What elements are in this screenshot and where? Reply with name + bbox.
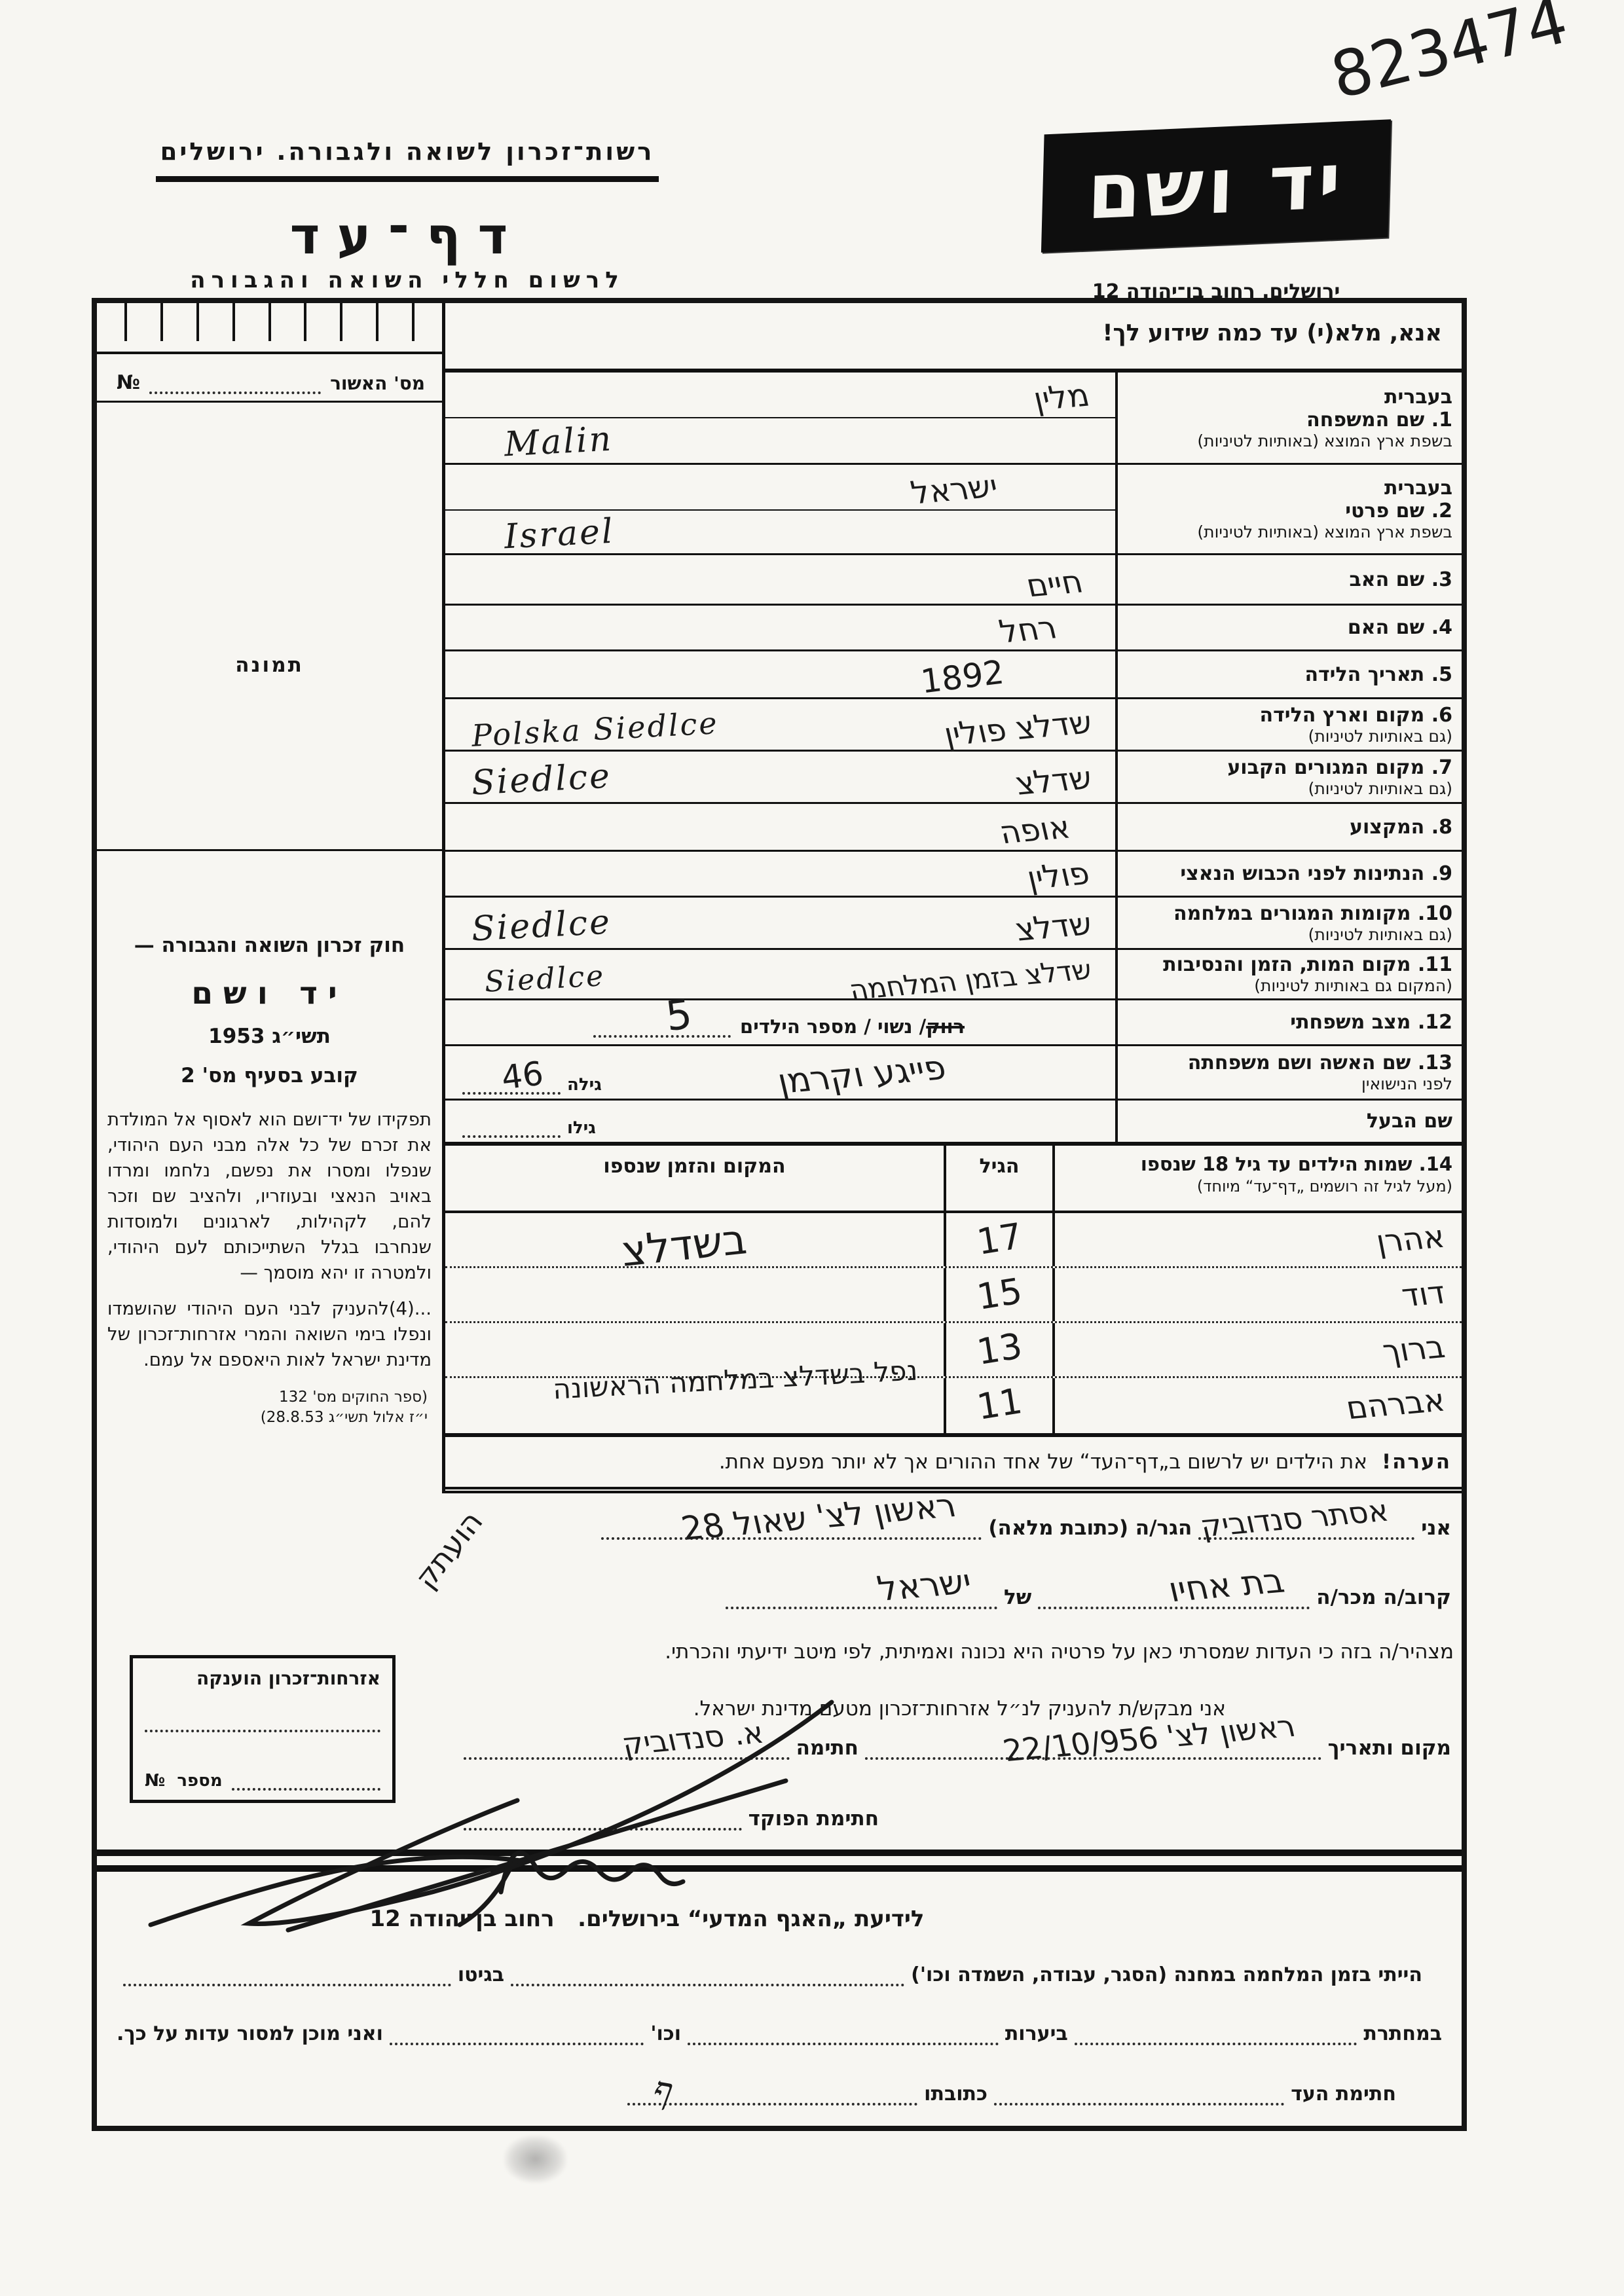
- death-place-hebrew-handwriting: שדלצ בזמן המלחמה: [846, 953, 1095, 1006]
- ghetto-fill-line: [123, 1981, 451, 1986]
- children-table: המקום והזמן שנספו הגיל 14. שמות הילדים ע…: [445, 1146, 1462, 1437]
- label-marital-status: 12. מצב משפחתי: [1122, 1011, 1452, 1034]
- label-birthdate: 5. תאריך הלידה: [1122, 663, 1452, 686]
- label-birthplace: 6. מקום וארץ הלידה: [1122, 704, 1452, 727]
- numero-sign: №: [117, 371, 140, 394]
- wartime-residence-hebrew-handwriting: שדלצ: [1012, 905, 1096, 948]
- label-wife-name-note: לפני הנישואין: [1122, 1074, 1452, 1093]
- approval-number-row: מס' האשור №: [97, 354, 442, 403]
- etc-label: וכו': [650, 2022, 681, 2045]
- field-row-residence: Siedlce שדלצ 7. מקום המגורים הקבוע (גם ב…: [445, 752, 1462, 804]
- left-column: מס' האשור № תמונה חוק זכרון השואה והגבור…: [97, 303, 442, 1524]
- law-title: חוק זכרון השואה והגבורה —: [107, 934, 432, 957]
- field-row-wife: 46 גילה פייגע וקרמן 13. שם האשה ושם משפח…: [445, 1046, 1462, 1101]
- child-row: בשדלצ 17 אהרן: [445, 1213, 1462, 1268]
- death-place-latin-handwriting: Siedlce: [484, 959, 606, 999]
- label-firstname: 2. שם פרטי: [1122, 500, 1452, 522]
- stamp-title: אזרחות־זכרון הוענקה: [145, 1667, 380, 1689]
- law-footnote: (ספר החוקים מס' 132 י״ז אלול תשי״ג 28.8.…: [107, 1387, 432, 1428]
- field-row-profession: אופה 8. המקצוע: [445, 804, 1462, 852]
- signature-handwriting: א. סנדוביק: [618, 1715, 767, 1762]
- field-row-marital-status: רווק/ נשוי / מספר הילדים 5 12. מצב משפחת…: [445, 1000, 1462, 1046]
- child-name-handwriting: ברוך: [1380, 1328, 1448, 1370]
- field-row-death-place: Siedlce שדלצ בזמן המלחמה 11. מקום המות, …: [445, 950, 1462, 1000]
- relation-line: קרוב/ה מכר/ה בת אחיו של ישראל: [726, 1586, 1458, 1609]
- firstname-hebrew-handwriting: ישראל: [908, 468, 1001, 512]
- field-row-birthdate: 1892 5. תאריך הלידה: [445, 651, 1462, 699]
- label-death-place: 11. מקום המות, הזמן והנסיבות: [1122, 953, 1452, 976]
- label-firstname-note: בשפת ארץ המוצא (באותיות לטיניות): [1122, 522, 1452, 541]
- marital-options: רווק/ נשוי / מספר הילדים: [740, 1015, 965, 1038]
- wife-name-handwriting: פייגע וקרמן: [774, 1048, 950, 1101]
- children-names-header: 14. שמות הילדים עד גיל 18 שנספו: [1060, 1152, 1452, 1176]
- page: { "header": { "org_line": "רשות־זכרון לש…: [0, 0, 1624, 2296]
- relation-line-fill: בת אחיו: [1038, 1603, 1310, 1609]
- witness-address-label: כתובתו: [924, 2083, 987, 2105]
- label-surname: 1. שם המשפחה: [1122, 409, 1452, 431]
- declarant-line: אני אסתר סנדוביק הגר/ה (כתובת מלאה) ראשו…: [601, 1516, 1458, 1540]
- underground-question-row: במחתרת ביערות וכו' ואני מוכן למסור עדות …: [117, 2022, 1442, 2045]
- etc-fill-line: [390, 2040, 644, 2045]
- scientific-branch-title: לידיעת „האגף המדעי“ בירושלים. רחוב בן־יה…: [333, 1906, 961, 1932]
- his-age-label: גילו: [567, 1118, 596, 1138]
- witness-signature-fill: [994, 2100, 1284, 2105]
- approval-fill-line: [149, 390, 321, 394]
- witness-signature-row: חתימת העד כתובתו ף: [621, 2083, 1396, 2105]
- profession-handwriting: אופה: [995, 809, 1073, 851]
- underground-fill-line: [1075, 2040, 1357, 2045]
- surname-latin-handwriting: Malin: [504, 420, 614, 465]
- note-bold: הערה!: [1382, 1450, 1451, 1474]
- section-divider-double: [97, 1850, 1462, 1872]
- child-place-handwriting: בשדלצ: [619, 1215, 749, 1277]
- label-wartime-residence-note: (גם באותיות לטיניות): [1122, 925, 1452, 944]
- child-age-handwriting: 13: [974, 1325, 1025, 1373]
- child-row: נפל בשדלצ במלחמה הראשונה 13 ברוך: [445, 1323, 1462, 1378]
- label-residence: 7. מקום המגורים הקבוע: [1122, 756, 1452, 779]
- declarant-address-handwriting: ראשון לצ' שאול 28: [678, 1486, 959, 1548]
- label-birthplace-note: (גם באותיות לטיניות): [1122, 727, 1452, 746]
- children-table-header: המקום והזמן שנספו הגיל 14. שמות הילדים ע…: [445, 1146, 1462, 1213]
- stamp-fill-line: [145, 1728, 380, 1732]
- clerk-signature-fill: [464, 1824, 742, 1831]
- tick-strip: [97, 303, 442, 354]
- underground-label: במחתרת: [1363, 2022, 1442, 2045]
- law-section: קובע בסעיף מס' 2: [107, 1064, 432, 1087]
- clerk-signature-label: חתימת הפוקד: [748, 1807, 879, 1831]
- of-handwriting: ישראל: [874, 1562, 975, 1609]
- declarant-name-line: אסתר סנדוביק: [1198, 1533, 1414, 1540]
- field-row-surname: מלין Malin בעברית 1. שם המשפחה בשפת ארץ …: [445, 373, 1462, 465]
- memorial-citizenship-stamp-box: אזרחות־זכרון הוענקה מספר №: [130, 1655, 396, 1803]
- birthdate-handwriting: 1892: [919, 653, 1006, 701]
- witness-signature-label: חתימת העד: [1291, 2083, 1396, 2105]
- law-clause: ...(4)להעניק לבני העם היהודי שהושמדו ונפ…: [107, 1296, 432, 1373]
- struck-single-option: רווק: [926, 1015, 965, 1038]
- label-wartime-residence: 10. מקומות המגורים במלחמה: [1122, 902, 1452, 925]
- relation-handwriting: בת אחיו: [1164, 1561, 1287, 1610]
- logo-text: יד ושם: [1086, 135, 1346, 236]
- label-wife-name: 13. שם האשה ושם משפחתה: [1122, 1051, 1452, 1074]
- children-count-line: 5: [593, 1032, 731, 1038]
- field-row-wartime-residence: Siedlce שדלצ 10. מקומות המגורים במלחמה (…: [445, 898, 1462, 950]
- field-row-firstname: ישראל Israel בעברית 2. שם פרטי בשפת ארץ …: [445, 465, 1462, 555]
- scan-smudge: [504, 2136, 566, 2183]
- label-profession: 8. המקצוע: [1122, 816, 1452, 839]
- camp-question-text: הייתי בזמן המלחמה במחנה (הסגר, עבודה, הש…: [911, 1963, 1422, 1986]
- forests-fill-line: [688, 2040, 999, 2045]
- copied-handwriting: הועתק: [408, 1504, 490, 1595]
- her-age-label: גילה: [567, 1075, 602, 1095]
- wife-age-handwriting: 46: [500, 1054, 545, 1097]
- wartime-residence-latin-handwriting: Siedlce: [471, 902, 613, 949]
- form-subtitle: לרשום חללי השואה והגבורה: [156, 267, 659, 293]
- form-box: מס' האשור № תמונה חוק זכרון השואה והגבור…: [92, 298, 1467, 2131]
- i-label: אני: [1421, 1516, 1451, 1540]
- photo-area: תמונה: [97, 403, 442, 851]
- place-time-header: המקום והזמן שנספו: [445, 1146, 944, 1211]
- wife-age-line: 46: [462, 1089, 561, 1095]
- declaration-section: הועתק אני אסתר סנדוביק הגר/ה (כתובת מלאה…: [97, 1493, 1462, 1850]
- law-year: תשי״ג 1953: [107, 1025, 432, 1048]
- mother-name-handwriting: רחל: [996, 610, 1060, 651]
- forests-label: ביערות: [1005, 2022, 1068, 2045]
- field-row-birthplace: Polska Siedlce שדלצ פולין 6. מקום וארץ ה…: [445, 699, 1462, 752]
- field-row-husband: גילו שם הבעל: [445, 1101, 1462, 1146]
- relation-label: קרוב/ה מכר/ה: [1316, 1586, 1451, 1609]
- witness-address-fill: ף: [627, 2100, 917, 2105]
- label-surname-note: בשפת ארץ המוצא (באותיות לטיניות): [1122, 431, 1452, 450]
- organization-line: רשות־זכרון לשואה ולגבורה. ירושלים: [156, 137, 659, 182]
- label-hebrew-prefix: בעברית: [1122, 386, 1452, 409]
- of-label: של: [1004, 1586, 1031, 1609]
- fill-instruction: אנא, מלא(י) עד כמה שידוע לך!: [445, 303, 1462, 373]
- photo-label: תמונה: [235, 653, 304, 677]
- clerk-signature-line: חתימת הפוקד: [464, 1807, 885, 1831]
- father-name-handwriting: חיים: [1023, 564, 1086, 604]
- children-names-header-note: (מעל לגיל זה רושמים „דף־עד“ מיוחד): [1060, 1176, 1452, 1196]
- ready-to-testify-text: ואני מוכן למסור עדות על כך.: [117, 2022, 383, 2045]
- law-footnote-line1: (ספר החוקים מס' 132: [279, 1389, 428, 1406]
- form-title: דף־עד: [156, 207, 659, 266]
- stamp-number-line: [232, 1787, 380, 1791]
- field-row-father: חיים 3. שם האב: [445, 555, 1462, 606]
- law-body: תפקידו של יד־ושם הוא לאסוף אל המולדת את …: [107, 1107, 432, 1286]
- law-footnote-line2: י״ז אלול תשי״ג 28.8.53): [261, 1409, 428, 1426]
- child-age-handwriting: 17: [974, 1215, 1025, 1263]
- residence-latin-handwriting: Siedlce: [471, 756, 613, 803]
- place-date-label: מקום ותאריך: [1328, 1736, 1451, 1760]
- surname-hebrew-handwriting: מלין: [1030, 377, 1093, 418]
- firstname-latin-handwriting: Israel: [504, 512, 616, 557]
- scientific-branch-address: רחוב בן־יהודה 12: [370, 1906, 555, 1932]
- child-name-handwriting: אברהם: [1343, 1382, 1448, 1427]
- law-text-block: חוק זכרון השואה והגבורה — יד ושם תשי״ג 1…: [97, 851, 442, 1428]
- label-hebrew-prefix: בעברית: [1122, 477, 1452, 500]
- scientific-branch-section: לידיעת „האגף המדעי“ בירושלים. רחוב בן־יה…: [97, 1872, 1462, 2126]
- yad-vashem-logo: יד ושם: [1041, 119, 1391, 252]
- declarant-address-line: ראשון לצ' שאול 28: [601, 1533, 982, 1540]
- pen-mark: ף: [650, 2068, 676, 2113]
- scientific-branch-title-text: לידיעת „האגף המדעי“ בירושלים.: [578, 1906, 924, 1932]
- label-citizenship: 9. הנתינות לפני הכבוש הנאצי: [1122, 862, 1452, 885]
- ghetto-label: בגיטו: [458, 1963, 504, 1986]
- note-text: את הילדים יש לרשום ב„דף־העד“ של אחד ההור…: [719, 1450, 1367, 1474]
- birthplace-latin-handwriting: Polska Siedlce: [471, 705, 720, 754]
- declarant-name-handwriting: אסתר סנדוביק: [1197, 1493, 1392, 1544]
- child-name-handwriting: דוד: [1398, 1274, 1448, 1314]
- child-row: 11 אברהם: [445, 1378, 1462, 1433]
- stamp-number-label: מספר: [177, 1771, 222, 1791]
- label-husband-name: שם הבעל: [1122, 1110, 1452, 1133]
- place-date-signature-line: מקום ותאריך ראשון לצ' 22/10/956 חתימה א.…: [464, 1736, 1458, 1760]
- fields-column: אנא, מלא(י) עד כמה שידוע לך! מלין Malin …: [442, 303, 1462, 1493]
- label-residence-note: (גם באותיות לטיניות): [1122, 779, 1452, 798]
- children-count-handwriting: 5: [663, 990, 694, 1040]
- field-row-citizenship: פולין 9. הנתינות לפני הכבוש הנאצי: [445, 852, 1462, 898]
- law-name: יד ושם: [107, 975, 432, 1011]
- age-header: הגיל: [944, 1146, 1055, 1211]
- child-row: 15 דוד: [445, 1268, 1462, 1323]
- approval-label: מס' האשור: [330, 373, 425, 394]
- signature-label: חתימה: [796, 1736, 858, 1760]
- citizenship-handwriting: פולין: [1024, 855, 1094, 896]
- label-mother: 4. שם האם: [1122, 616, 1452, 639]
- camp-fill-line: [511, 1981, 904, 1986]
- label-father: 3. שם האב: [1122, 568, 1452, 591]
- child-name-handwriting: אהרן: [1373, 1218, 1448, 1260]
- birthplace-hebrew-handwriting: שדלצ פולין: [940, 704, 1096, 754]
- signature-fill: א. סנדוביק: [464, 1753, 790, 1760]
- marital-options-rest: / נשוי / מספר הילדים: [740, 1015, 926, 1038]
- child-age-handwriting: 11: [974, 1380, 1025, 1428]
- child-age-handwriting: 15: [974, 1270, 1025, 1318]
- place-date-fill: ראשון לצ' 22/10/956: [865, 1753, 1321, 1760]
- of-line-fill: ישראל: [726, 1603, 997, 1609]
- handwritten-file-number: 823474: [1324, 0, 1575, 113]
- camp-question-row: הייתי בזמן המלחמה במחנה (הסגר, עבודה, הש…: [117, 1963, 1422, 1986]
- stamp-numero-sign: №: [145, 1771, 165, 1791]
- address-label: הגר/ה (כתובת מלאה): [988, 1516, 1192, 1540]
- residence-hebrew-handwriting: שדלצ: [1012, 759, 1096, 802]
- note-row: הערה! את הילדים יש לרשום ב„דף־העד“ של אח…: [445, 1437, 1462, 1487]
- field-row-mother: רחל 4. שם האם: [445, 606, 1462, 651]
- husband-age-line: [462, 1133, 561, 1138]
- label-death-place-note: (המקום גם באותיות לטיניות): [1122, 976, 1452, 995]
